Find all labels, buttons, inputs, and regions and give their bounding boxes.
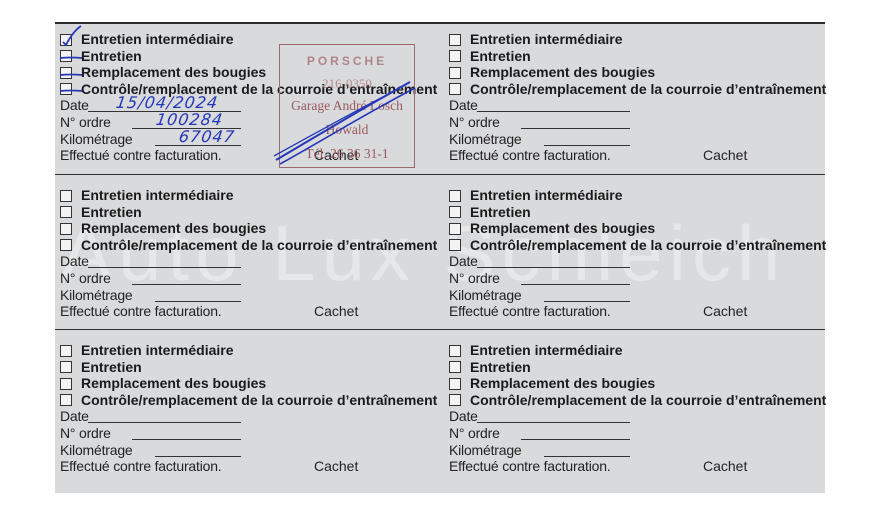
service-option-label: Remplacement des bougies bbox=[470, 375, 655, 392]
mileage-field-label: Kilométrage bbox=[449, 442, 522, 459]
date-field[interactable] bbox=[88, 422, 241, 423]
order-number-field-label: N° ordre bbox=[449, 114, 500, 131]
service-option[interactable]: Entretien intermédiaire bbox=[55, 31, 234, 48]
service-option-label: Entretien intermédiaire bbox=[81, 342, 234, 359]
row-separator bbox=[55, 329, 825, 330]
service-option[interactable]: Remplacement des bougies bbox=[55, 64, 266, 81]
service-option-label: Entretien bbox=[81, 359, 142, 376]
order-number-field-label: N° ordre bbox=[60, 114, 111, 131]
service-option-label: Entretien intermédiaire bbox=[81, 31, 234, 48]
date-field[interactable] bbox=[477, 111, 630, 112]
order-number-field[interactable] bbox=[521, 284, 630, 285]
stamp-garage-name: Garage André Losch bbox=[280, 98, 414, 114]
service-option[interactable]: Entretien bbox=[55, 204, 142, 221]
maintenance-entry: Entretien intermédiaireEntretienRemplace… bbox=[55, 187, 435, 327]
checkbox[interactable] bbox=[449, 83, 461, 95]
maintenance-entry: Entretien intermédiaireEntretienRemplace… bbox=[55, 342, 435, 482]
service-option-label: Entretien intermédiaire bbox=[470, 187, 623, 204]
service-option-label: Entretien bbox=[470, 359, 531, 376]
checkbox[interactable] bbox=[449, 206, 461, 218]
service-option[interactable]: Remplacement des bougies bbox=[55, 220, 266, 237]
checkbox[interactable] bbox=[449, 394, 461, 406]
checkbox[interactable] bbox=[449, 239, 461, 251]
service-option[interactable]: Remplacement des bougies bbox=[444, 64, 655, 81]
service-option-label: Contrôle/remplacement de la courroie d’e… bbox=[470, 81, 826, 98]
stamp-label: Cachet bbox=[314, 458, 358, 474]
checkbox[interactable] bbox=[449, 50, 461, 62]
billing-note: Effectué contre facturation. bbox=[449, 458, 610, 475]
mileage-field-label: Kilométrage bbox=[60, 287, 133, 304]
mileage-field-label: Kilométrage bbox=[449, 131, 522, 148]
mileage-field[interactable] bbox=[155, 301, 241, 302]
checkbox[interactable] bbox=[449, 345, 461, 357]
checkbox[interactable] bbox=[449, 223, 461, 235]
service-option[interactable]: Entretien intermédiaire bbox=[55, 342, 234, 359]
date-field[interactable] bbox=[88, 267, 241, 268]
billing-note: Effectué contre facturation. bbox=[449, 147, 610, 164]
service-option[interactable]: Contrôle/remplacement de la courroie d’e… bbox=[444, 237, 826, 254]
maintenance-entry: Entretien intermédiaireEntretienRemplace… bbox=[444, 187, 824, 327]
stamp-brand: PORSCHE bbox=[280, 54, 414, 68]
service-option-label: Entretien intermédiaire bbox=[81, 187, 234, 204]
service-option-label: Remplacement des bougies bbox=[81, 64, 266, 81]
mileage-field-handwritten-value: 67047 bbox=[178, 127, 237, 146]
service-option[interactable]: Contrôle/remplacement de la courroie d’e… bbox=[444, 392, 826, 409]
checkbox[interactable] bbox=[60, 345, 72, 357]
service-option-label: Contrôle/remplacement de la courroie d’e… bbox=[470, 392, 826, 409]
checkbox[interactable] bbox=[60, 67, 72, 79]
dash-mark-icon bbox=[59, 54, 83, 62]
check-mark-icon bbox=[60, 25, 82, 47]
order-number-field[interactable] bbox=[521, 128, 630, 129]
service-option-label: Contrôle/remplacement de la courroie d’e… bbox=[81, 392, 437, 409]
stamp-label: Cachet bbox=[703, 458, 747, 474]
order-number-field-label: N° ordre bbox=[449, 425, 500, 442]
stamp-label: Cachet bbox=[703, 147, 747, 163]
billing-note: Effectué contre facturation. bbox=[60, 147, 221, 164]
checkbox[interactable] bbox=[60, 239, 72, 251]
service-option-label: Entretien bbox=[470, 48, 531, 65]
maintenance-entry: Entretien intermédiaireEntretienRemplace… bbox=[444, 31, 824, 171]
service-option[interactable]: Entretien bbox=[444, 48, 531, 65]
service-option-label: Entretien intermédiaire bbox=[470, 342, 623, 359]
mileage-field[interactable] bbox=[544, 145, 630, 146]
order-number-field-label: N° ordre bbox=[60, 270, 111, 287]
mileage-field[interactable] bbox=[544, 456, 630, 457]
order-number-field[interactable] bbox=[132, 439, 241, 440]
service-option-label: Contrôle/remplacement de la courroie d’e… bbox=[81, 237, 437, 254]
checkbox[interactable] bbox=[449, 34, 461, 46]
stamp-number: 216-0350 bbox=[280, 76, 414, 92]
dash-mark-icon bbox=[59, 87, 83, 95]
service-option[interactable]: Remplacement des bougies bbox=[55, 375, 266, 392]
service-option[interactable]: Contrôle/remplacement de la courroie d’e… bbox=[55, 392, 437, 409]
service-option-label: Entretien bbox=[470, 204, 531, 221]
date-field[interactable] bbox=[477, 267, 630, 268]
order-number-field[interactable] bbox=[132, 284, 241, 285]
date-field[interactable] bbox=[477, 422, 630, 423]
date-field-label: Date bbox=[60, 253, 89, 270]
order-number-field-label: N° ordre bbox=[60, 425, 111, 442]
service-option[interactable]: Contrôle/remplacement de la courroie d’e… bbox=[55, 237, 437, 254]
service-option[interactable]: Entretien intermédiaire bbox=[444, 31, 623, 48]
checkbox[interactable] bbox=[60, 223, 72, 235]
date-field-label: Date bbox=[60, 408, 89, 425]
mileage-field[interactable] bbox=[544, 301, 630, 302]
service-option-label: Remplacement des bougies bbox=[470, 64, 655, 81]
service-option[interactable]: Remplacement des bougies bbox=[444, 375, 655, 392]
checkbox[interactable] bbox=[60, 83, 72, 95]
maintenance-entry: Entretien intermédiaireEntretienRemplace… bbox=[444, 342, 824, 482]
mileage-field-label: Kilométrage bbox=[449, 287, 522, 304]
garage-stamp: PORSCHE 216-0350 Garage André Losch Howa… bbox=[279, 44, 415, 168]
service-option[interactable]: Entretien bbox=[55, 359, 142, 376]
service-option-label: Remplacement des bougies bbox=[81, 220, 266, 237]
date-field-label: Date bbox=[449, 97, 478, 114]
billing-note: Effectué contre facturation. bbox=[449, 303, 610, 320]
service-option-label: Remplacement des bougies bbox=[81, 375, 266, 392]
dash-mark-icon bbox=[59, 71, 83, 79]
stamp-label: Cachet bbox=[314, 303, 358, 319]
checkbox[interactable] bbox=[60, 190, 72, 202]
checkbox[interactable] bbox=[449, 361, 461, 373]
service-option[interactable]: Entretien bbox=[55, 48, 142, 65]
billing-note: Effectué contre facturation. bbox=[60, 303, 221, 320]
service-option-label: Remplacement des bougies bbox=[470, 220, 655, 237]
checkbox[interactable] bbox=[60, 378, 72, 390]
checkbox[interactable] bbox=[60, 206, 72, 218]
date-field-label: Date bbox=[449, 408, 478, 425]
date-field-label: Date bbox=[449, 253, 478, 270]
service-option-label: Entretien bbox=[81, 48, 142, 65]
service-option[interactable]: Entretien intermédiaire bbox=[55, 187, 234, 204]
checkbox[interactable] bbox=[60, 361, 72, 373]
billing-note: Effectué contre facturation. bbox=[60, 458, 221, 475]
service-option[interactable]: Entretien bbox=[444, 204, 531, 221]
service-option[interactable]: Remplacement des bougies bbox=[444, 220, 655, 237]
stamp-phone: Tél. 26 36 31-1 bbox=[280, 146, 414, 162]
mileage-field-label: Kilométrage bbox=[60, 442, 133, 459]
order-number-field[interactable] bbox=[521, 439, 630, 440]
order-number-field-label: N° ordre bbox=[449, 270, 500, 287]
checkbox[interactable] bbox=[449, 190, 461, 202]
service-option[interactable]: Contrôle/remplacement de la courroie d’e… bbox=[444, 81, 826, 98]
row-separator bbox=[55, 174, 825, 175]
stamp-label: Cachet bbox=[703, 303, 747, 319]
mileage-field[interactable] bbox=[155, 456, 241, 457]
checkbox[interactable] bbox=[449, 378, 461, 390]
service-option[interactable]: Entretien intermédiaire bbox=[444, 187, 623, 204]
checkbox[interactable] bbox=[60, 394, 72, 406]
service-option[interactable]: Entretien intermédiaire bbox=[444, 342, 623, 359]
checkbox[interactable] bbox=[60, 34, 72, 46]
checkbox[interactable] bbox=[449, 67, 461, 79]
stamp-town: Howald bbox=[280, 122, 414, 138]
mileage-field-label: Kilométrage bbox=[60, 131, 133, 148]
checkbox[interactable] bbox=[60, 50, 72, 62]
service-option-label: Contrôle/remplacement de la courroie d’e… bbox=[470, 237, 826, 254]
service-option-label: Entretien bbox=[81, 204, 142, 221]
service-option[interactable]: Entretien bbox=[444, 359, 531, 376]
date-field-label: Date bbox=[60, 97, 89, 114]
service-option-label: Entretien intermédiaire bbox=[470, 31, 623, 48]
